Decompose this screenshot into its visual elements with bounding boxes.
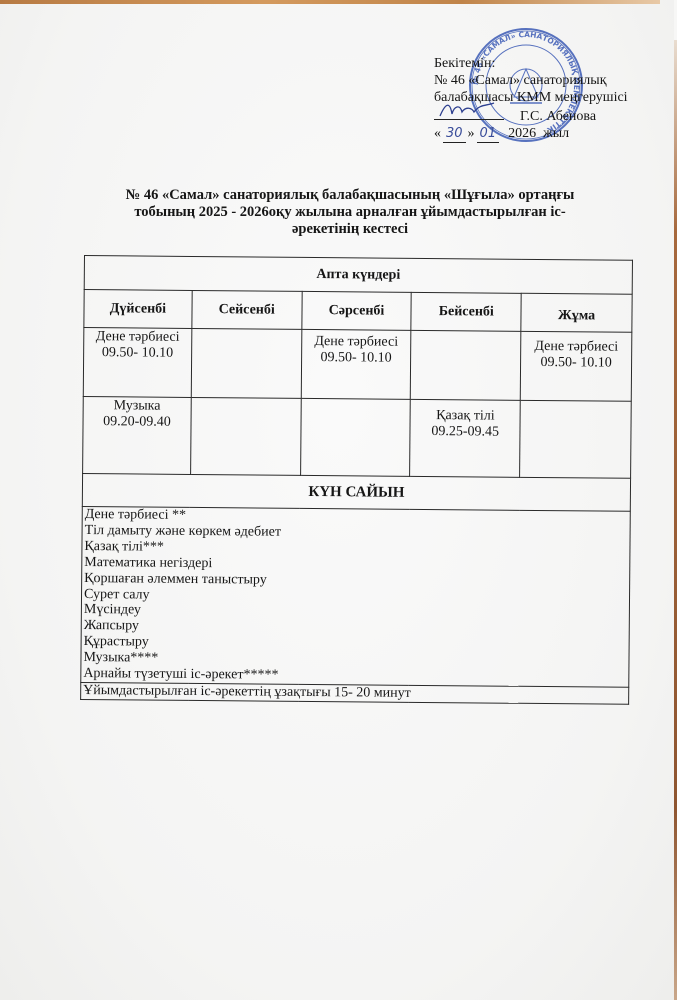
approval-org-line: № 46 «Самал» санаториялық: [434, 72, 654, 89]
date-year: 2026: [508, 126, 536, 141]
day-header-friday: Жұма: [521, 293, 632, 332]
schedule-cell-empty: [520, 400, 631, 478]
schedule-cell-empty: [191, 328, 301, 398]
schedule-cell: Музыка09.20-09.40: [83, 396, 191, 474]
approval-date: «30»01 2026 жыл: [434, 125, 654, 143]
day-header-tuesday: Сейсенбі: [192, 290, 302, 329]
day-header-monday: Дүйсенбі: [84, 290, 192, 329]
document-title: № 46 «Самал» санаториялық балабақшасының…: [110, 187, 590, 238]
schedule-table: Апта күндері Дүйсенбі Сейсенбі Сәрсенбі …: [80, 255, 633, 705]
title-line-2: тобының 2025 - 2026оқу жылына арналған ұ…: [110, 204, 590, 221]
date-day: 30: [443, 125, 466, 143]
approval-heading: Бекітемін:: [434, 55, 654, 72]
date-suffix: жыл: [543, 126, 569, 141]
signature-scribble-icon: [438, 100, 498, 120]
table-surface-edge-top: [0, 0, 660, 4]
day-header-thursday: Бейсенбі: [411, 292, 521, 331]
schedule-cell: Дене тәрбиесі09.50- 10.10: [520, 331, 631, 401]
signer-name: Г.С. Абенова: [520, 109, 596, 124]
schedule-cell-empty: [300, 398, 410, 476]
schedule-cell-empty: [190, 397, 300, 475]
schedule-cell: Дене тәрбиесі09.50- 10.10: [301, 329, 411, 399]
schedule-cell-empty: [411, 330, 521, 400]
signature-field: [434, 106, 504, 120]
week-days-header: Апта күндері: [84, 256, 632, 295]
day-header-wednesday: Сәрсенбі: [301, 291, 411, 330]
daily-header: КҮН САЙЫН: [82, 473, 630, 511]
schedule-cell: Дене тәрбиесі09.50- 10.10: [83, 328, 191, 398]
signature-line: Г.С. Абенова: [434, 106, 654, 125]
schedule-cell: Қазақ тілі09.25-09.45: [410, 399, 520, 477]
date-month: 01: [477, 125, 500, 143]
title-line-1: № 46 «Самал» санаториялық балабақшасының…: [110, 187, 590, 204]
title-line-3: әрекетінің кестесі: [110, 221, 590, 238]
schedule-row: Музыка09.20-09.40 Қазақ тілі09.25-09.45: [83, 396, 632, 478]
approval-block: Бекітемін: № 46 «Самал» санаториялық бал…: [434, 55, 654, 143]
schedule-row: Дене тәрбиесі09.50- 10.10 Дене тәрбиесі0…: [83, 328, 632, 402]
daily-activities-list: Дене тәрбиесі ** Тіл дамыту және көркем …: [81, 506, 631, 687]
